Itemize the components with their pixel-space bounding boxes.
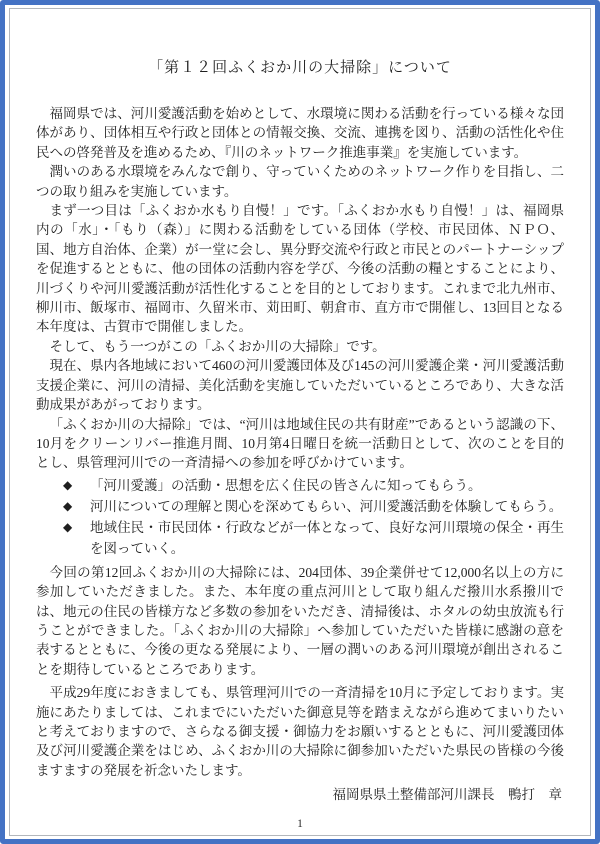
document-page: 「第１２回ふくおか川の大掃除」について 福岡県では、河川愛護活動を始めとして、水…	[0, 0, 600, 830]
objective-item: ◆ 地域住民・市民団体・行政などが一体となって、良好な河川環境の保全・再生を図っ…	[36, 517, 564, 559]
objective-item-text: 地域住民・市民団体・行政などが一体となって、良好な河川環境の保全・再生を図ってい…	[90, 517, 564, 559]
objective-item: ◆ 河川についての理解と関心を深めてもらい、河川愛護活動を体験してもらう。	[36, 496, 564, 517]
paragraph-results: 今回の第12回ふくおか川の大掃除には、204団体、39企業併せて12,000名以…	[36, 563, 564, 679]
diamond-bullet-icon: ◆	[63, 517, 90, 559]
objective-list: ◆ 「河川愛護」の活動・思想を広く住民の皆さんに知ってもらう。 ◆ 河川について…	[36, 475, 564, 559]
document-title: 「第１２回ふくおか川の大掃除」について	[36, 56, 564, 77]
page-number: 1	[36, 818, 564, 830]
paragraph-clean-river: 「ふくおか川の大掃除」では、“河川は地域住民の共有財産”であるという認識の下、1…	[36, 415, 564, 473]
signature: 福岡県県土整備部河川課長 鴨打 章	[36, 785, 564, 804]
paragraph-groups-count: 現在、県内各地域において460の河川愛護団体及び145の河川愛護企業・河川愛護活…	[36, 356, 564, 414]
objective-item-text: 「河川愛護」の活動・思想を広く住民の皆さんに知ってもらう。	[90, 475, 564, 496]
paragraph-network: 潤いのある水環境をみんなで創り、守っていくためのネットワーク作りを目指し、二つの…	[36, 162, 564, 201]
paragraph-intro: 福岡県では、河川愛護活動を始めとして、水環境に関わる活動を行っている様々な団体が…	[36, 104, 564, 162]
objective-item: ◆ 「河川愛護」の活動・思想を広く住民の皆さんに知ってもらう。	[36, 475, 564, 496]
objective-item-text: 河川についての理解と関心を深めてもらい、河川愛護活動を体験してもらう。	[90, 496, 564, 517]
paragraph-next-year: 平成29年度におきましても、県管理河川での一斉清掃を10月に予定しております。実…	[36, 683, 564, 780]
diamond-bullet-icon: ◆	[63, 475, 90, 496]
diamond-bullet-icon: ◆	[63, 496, 90, 517]
paragraph-oosouji-intro: そして、もう一つがこの「ふくおか川の大掃除」です。	[36, 337, 564, 356]
paragraph-mizumori-jiman: まず一つ目は「ふくおか水もり自慢！」です。「ふくおか水もり自慢！」は、福岡県内の…	[36, 201, 564, 337]
